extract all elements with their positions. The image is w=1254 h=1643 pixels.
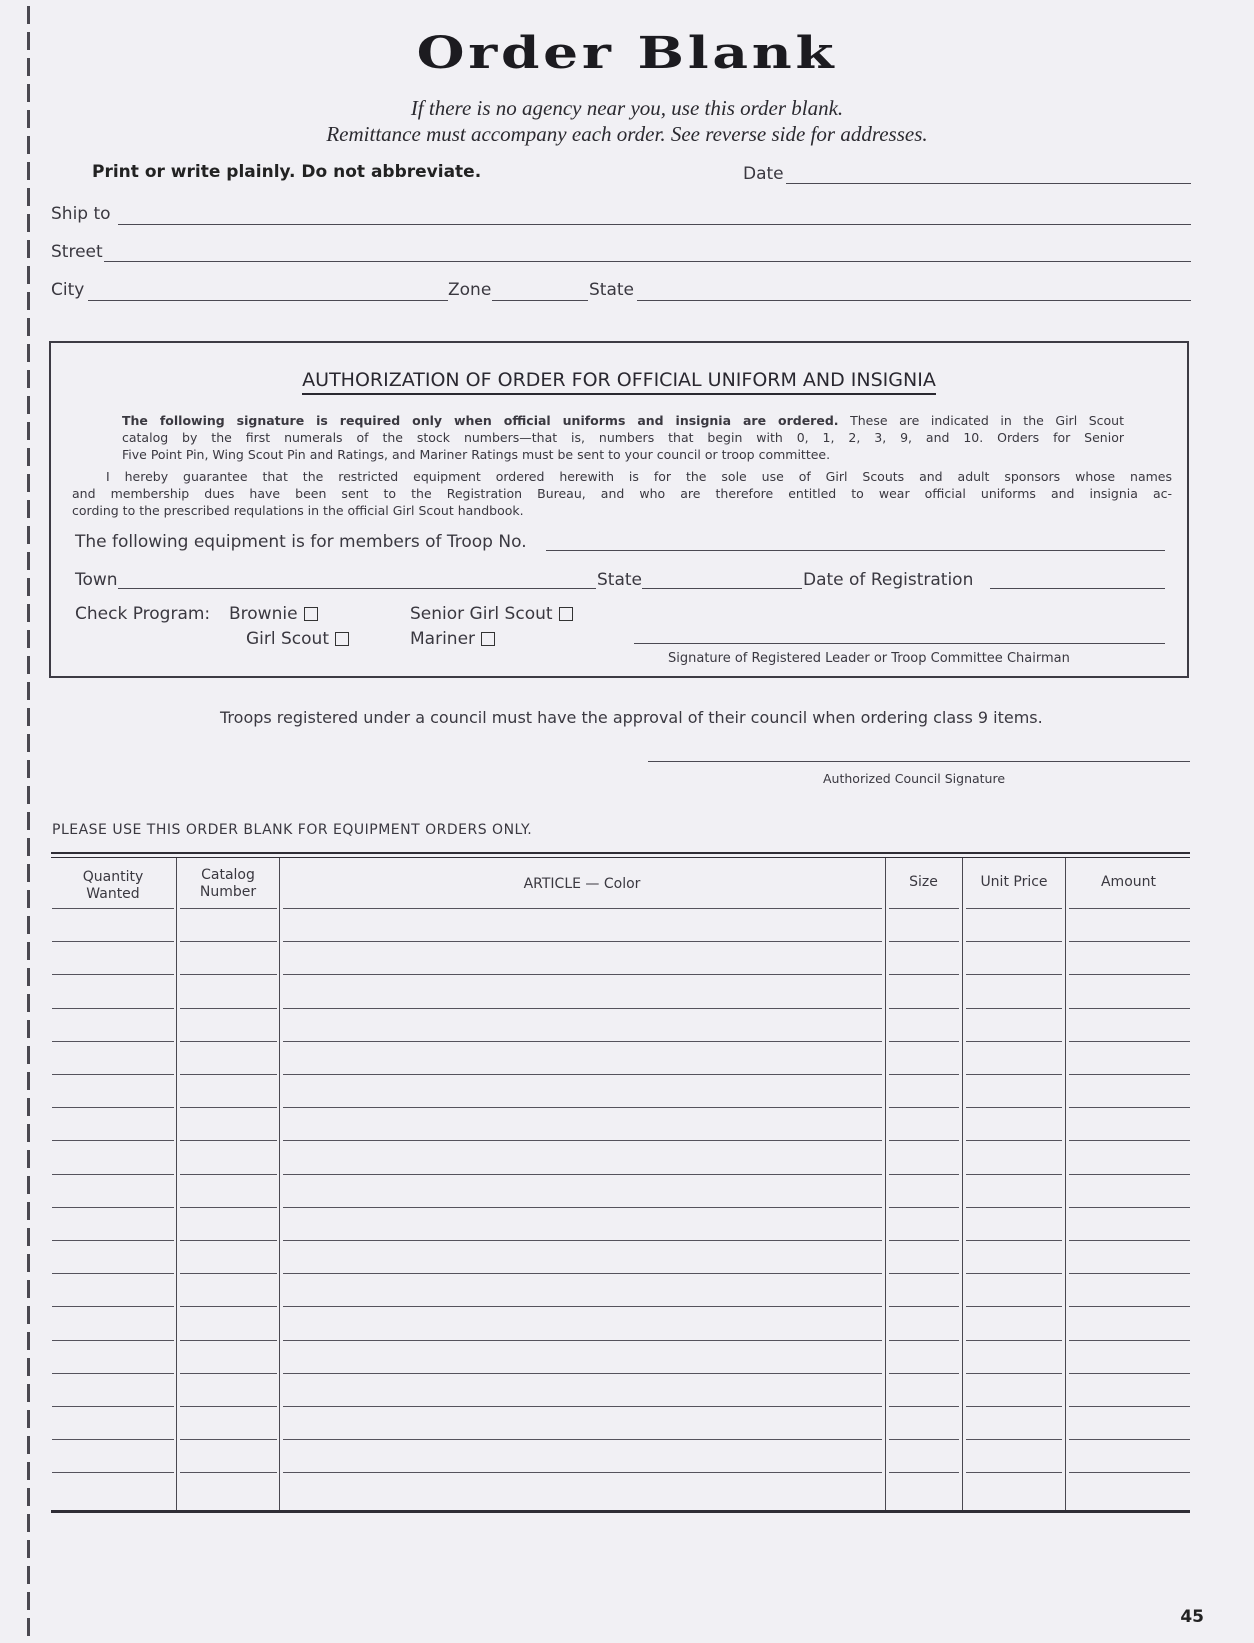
table-bottom-rule <box>51 1510 1190 1513</box>
table-row-line[interactable] <box>889 1240 959 1241</box>
table-row-line[interactable] <box>52 1207 174 1208</box>
table-top-rule-inner <box>51 857 1190 858</box>
table-row-line[interactable] <box>283 1074 882 1075</box>
table-row-line[interactable] <box>180 941 277 942</box>
equipment-orders-notice: PLEASE USE THIS ORDER BLANK FOR EQUIPMEN… <box>52 822 532 838</box>
table-row-line[interactable] <box>966 974 1062 975</box>
table-row-line[interactable] <box>966 1041 1062 1042</box>
table-row-line[interactable] <box>283 1340 882 1341</box>
table-row-line[interactable] <box>180 1207 277 1208</box>
table-row-line[interactable] <box>283 941 882 942</box>
table-row-line[interactable] <box>180 1373 277 1374</box>
authorization-para1-line3: Five Point Pin, Wing Scout Pin and Ratin… <box>122 447 1124 464</box>
table-row-line[interactable] <box>1069 1074 1190 1075</box>
senior-girl-scout-checkbox[interactable] <box>559 607 573 621</box>
table-row-line[interactable] <box>52 974 174 975</box>
table-row-line[interactable] <box>889 1140 959 1141</box>
table-row-line[interactable] <box>966 1472 1062 1473</box>
table-row-line[interactable] <box>1069 908 1190 909</box>
table-row-line[interactable] <box>283 1273 882 1274</box>
table-row-line[interactable] <box>52 1472 174 1473</box>
table-row-line[interactable] <box>180 1406 277 1407</box>
table-row-line[interactable] <box>52 1240 174 1241</box>
table-row-line[interactable] <box>52 1107 174 1108</box>
date-registration-label: Date of Registration <box>803 570 973 590</box>
table-row-line[interactable] <box>283 1240 882 1241</box>
guarantee-line3: cording to the prescribed requlations in… <box>72 503 1172 520</box>
table-row-line[interactable] <box>52 1273 174 1274</box>
instruction-text: Print or write plainly. Do not abbreviat… <box>92 162 481 182</box>
table-row-line[interactable] <box>52 1439 174 1440</box>
table-row-line[interactable] <box>889 908 959 909</box>
table-row-line[interactable] <box>283 1373 882 1374</box>
required-signature-note: The following signature is required only… <box>122 413 839 428</box>
table-row-line[interactable] <box>52 1306 174 1307</box>
table-row-line[interactable] <box>283 1472 882 1473</box>
table-row-line[interactable] <box>180 1074 277 1075</box>
table-row-line[interactable] <box>180 1439 277 1440</box>
table-row-line[interactable] <box>180 1273 277 1274</box>
col-header-catalog: Catalog Number <box>178 867 278 901</box>
table-row-line[interactable] <box>966 1140 1062 1141</box>
col-divider-1 <box>176 858 177 1510</box>
page-title: Order Blank <box>0 28 1254 79</box>
program-girl-scout[interactable]: Girl Scout <box>246 629 349 649</box>
table-row-line[interactable] <box>889 1207 959 1208</box>
table-row-line[interactable] <box>283 1008 882 1009</box>
col-divider-2 <box>279 858 280 1510</box>
col-header-quantity: Quantity Wanted <box>52 869 174 903</box>
table-row-line[interactable] <box>889 1306 959 1307</box>
mariner-checkbox[interactable] <box>481 632 495 646</box>
state-field[interactable] <box>637 300 1191 301</box>
table-row-line[interactable] <box>52 1074 174 1075</box>
street-field[interactable] <box>104 261 1191 262</box>
table-row-line[interactable] <box>1069 1306 1190 1307</box>
table-row-line[interactable] <box>52 1174 174 1175</box>
city-label: City <box>51 280 84 300</box>
table-row-line[interactable] <box>283 1174 882 1175</box>
leader-signature-caption: Signature of Registered Leader or Troop … <box>668 651 1070 666</box>
table-row-line[interactable] <box>1069 974 1190 975</box>
table-row-line[interactable] <box>180 1174 277 1175</box>
table-row-line[interactable] <box>966 1273 1062 1274</box>
subtitle-remittance: Remittance must accompany each order. Se… <box>0 122 1254 147</box>
table-row-line[interactable] <box>52 941 174 942</box>
table-row-line[interactable] <box>283 1207 882 1208</box>
col-header-size: Size <box>887 874 960 891</box>
table-row-line[interactable] <box>180 1041 277 1042</box>
brownie-checkbox[interactable] <box>304 607 318 621</box>
table-row-line[interactable] <box>180 1107 277 1108</box>
table-row-line[interactable] <box>966 1340 1062 1341</box>
table-row-line[interactable] <box>889 1273 959 1274</box>
table-row-line[interactable] <box>1069 1373 1190 1374</box>
council-signature-caption: Authorized Council Signature <box>823 771 1005 786</box>
table-row-line[interactable] <box>966 1174 1062 1175</box>
col-divider-5 <box>1065 858 1066 1510</box>
street-label: Street <box>51 242 103 262</box>
council-signature-field[interactable] <box>648 761 1190 762</box>
table-row-line[interactable] <box>52 1041 174 1042</box>
col-header-unit-price: Unit Price <box>964 874 1064 891</box>
ship-to-label: Ship to <box>51 204 111 224</box>
town-field[interactable] <box>118 588 596 589</box>
table-row-line[interactable] <box>966 1406 1062 1407</box>
table-row-line[interactable] <box>283 1406 882 1407</box>
table-row-line[interactable] <box>966 1439 1062 1440</box>
auth-state-field[interactable] <box>642 588 802 589</box>
authorization-para1-line2: catalog by the first numerals of the sto… <box>122 430 1124 447</box>
table-row-line[interactable] <box>1069 1008 1190 1009</box>
date-label: Date <box>743 164 784 184</box>
table-row-line[interactable] <box>966 1008 1062 1009</box>
table-row-line[interactable] <box>283 1140 882 1141</box>
table-row-line[interactable] <box>889 1340 959 1341</box>
date-field[interactable] <box>786 183 1191 184</box>
table-row-line[interactable] <box>180 1472 277 1473</box>
table-row-line[interactable] <box>1069 1174 1190 1175</box>
authorization-title: AUTHORIZATION OF ORDER FOR OFFICIAL UNIF… <box>51 369 1187 391</box>
table-row-line[interactable] <box>1069 1472 1190 1473</box>
table-row-line[interactable] <box>180 908 277 909</box>
troop-number-field[interactable] <box>546 550 1165 551</box>
col-divider-3 <box>885 858 886 1510</box>
table-row-line[interactable] <box>180 974 277 975</box>
table-row-line[interactable] <box>283 1041 882 1042</box>
table-row-line[interactable] <box>180 1140 277 1141</box>
table-row-line[interactable] <box>180 1008 277 1009</box>
table-row-line[interactable] <box>180 1240 277 1241</box>
table-row-line[interactable] <box>966 1373 1062 1374</box>
troop-label: The following equipment is for members o… <box>75 532 527 552</box>
program-brownie[interactable]: Brownie <box>229 604 318 624</box>
table-row-line[interactable] <box>889 1041 959 1042</box>
guarantee-line1: I hereby guarantee that the restricted e… <box>106 469 1172 486</box>
table-row-line[interactable] <box>889 1373 959 1374</box>
table-row-line[interactable] <box>1069 1107 1190 1108</box>
table-row-line[interactable] <box>52 1008 174 1009</box>
table-row-line[interactable] <box>1069 1406 1190 1407</box>
town-label: Town <box>75 570 118 590</box>
page-number: 45 <box>1180 1607 1204 1627</box>
table-row-line[interactable] <box>1069 1439 1190 1440</box>
table-row-line[interactable] <box>1069 1207 1190 1208</box>
guarantee-line2: and membership dues have been sent to th… <box>72 486 1172 503</box>
table-row-line[interactable] <box>889 1439 959 1440</box>
auth-state-label: State <box>597 570 642 590</box>
program-mariner[interactable]: Mariner <box>410 629 495 649</box>
table-row-line[interactable] <box>52 1406 174 1407</box>
check-program-label: Check Program: <box>75 604 210 624</box>
table-row-line[interactable] <box>889 1107 959 1108</box>
table-row-line[interactable] <box>889 1174 959 1175</box>
table-row-line[interactable] <box>283 1107 882 1108</box>
table-row-line[interactable] <box>1069 1041 1190 1042</box>
table-row-line[interactable] <box>966 1306 1062 1307</box>
program-senior-girl-scout[interactable]: Senior Girl Scout <box>410 604 573 624</box>
zone-field[interactable] <box>492 300 588 301</box>
table-row-line[interactable] <box>966 1207 1062 1208</box>
subtitle-agency: If there is no agency near you, use this… <box>0 96 1254 121</box>
table-row-line[interactable] <box>283 1439 882 1440</box>
table-row-line[interactable] <box>1069 1273 1190 1274</box>
zone-label: Zone <box>448 280 491 300</box>
table-row-line[interactable] <box>283 1306 882 1307</box>
col-divider-4 <box>962 858 963 1510</box>
leader-signature-field[interactable] <box>634 643 1165 644</box>
table-row-line[interactable] <box>889 1472 959 1473</box>
perforation-edge <box>27 6 30 1643</box>
table-row-line[interactable] <box>180 1340 277 1341</box>
date-registration-field[interactable] <box>990 588 1165 589</box>
table-row-line[interactable] <box>52 1140 174 1141</box>
table-top-rule <box>51 852 1190 854</box>
table-row-line[interactable] <box>52 1340 174 1341</box>
table-row-line[interactable] <box>889 941 959 942</box>
table-row-line[interactable] <box>966 941 1062 942</box>
council-notice: Troops registered under a council must h… <box>220 708 1043 727</box>
table-row-line[interactable] <box>1069 941 1190 942</box>
table-row-line[interactable] <box>889 974 959 975</box>
table-row-line[interactable] <box>1069 1240 1190 1241</box>
table-row-line[interactable] <box>966 1074 1062 1075</box>
table-row-line[interactable] <box>283 908 882 909</box>
col-header-amount: Amount <box>1067 874 1190 891</box>
table-row-line[interactable] <box>889 1406 959 1407</box>
table-row-line[interactable] <box>283 974 882 975</box>
girl-scout-checkbox[interactable] <box>335 632 349 646</box>
table-row-line[interactable] <box>1069 1140 1190 1141</box>
table-row-line[interactable] <box>52 1373 174 1374</box>
col-header-article: ARTICLE — Color <box>281 876 883 893</box>
authorization-para1-line1: The following signature is required only… <box>122 413 1124 430</box>
table-row-line[interactable] <box>966 1107 1062 1108</box>
table-row-line[interactable] <box>889 1008 959 1009</box>
city-field[interactable] <box>88 300 448 301</box>
table-row-line[interactable] <box>1069 1340 1190 1341</box>
table-row-line[interactable] <box>889 1074 959 1075</box>
table-row-line[interactable] <box>52 908 174 909</box>
state-label: State <box>589 280 634 300</box>
table-row-line[interactable] <box>180 1306 277 1307</box>
table-row-line[interactable] <box>966 1240 1062 1241</box>
ship-to-field[interactable] <box>118 224 1191 225</box>
table-row-line[interactable] <box>966 908 1062 909</box>
